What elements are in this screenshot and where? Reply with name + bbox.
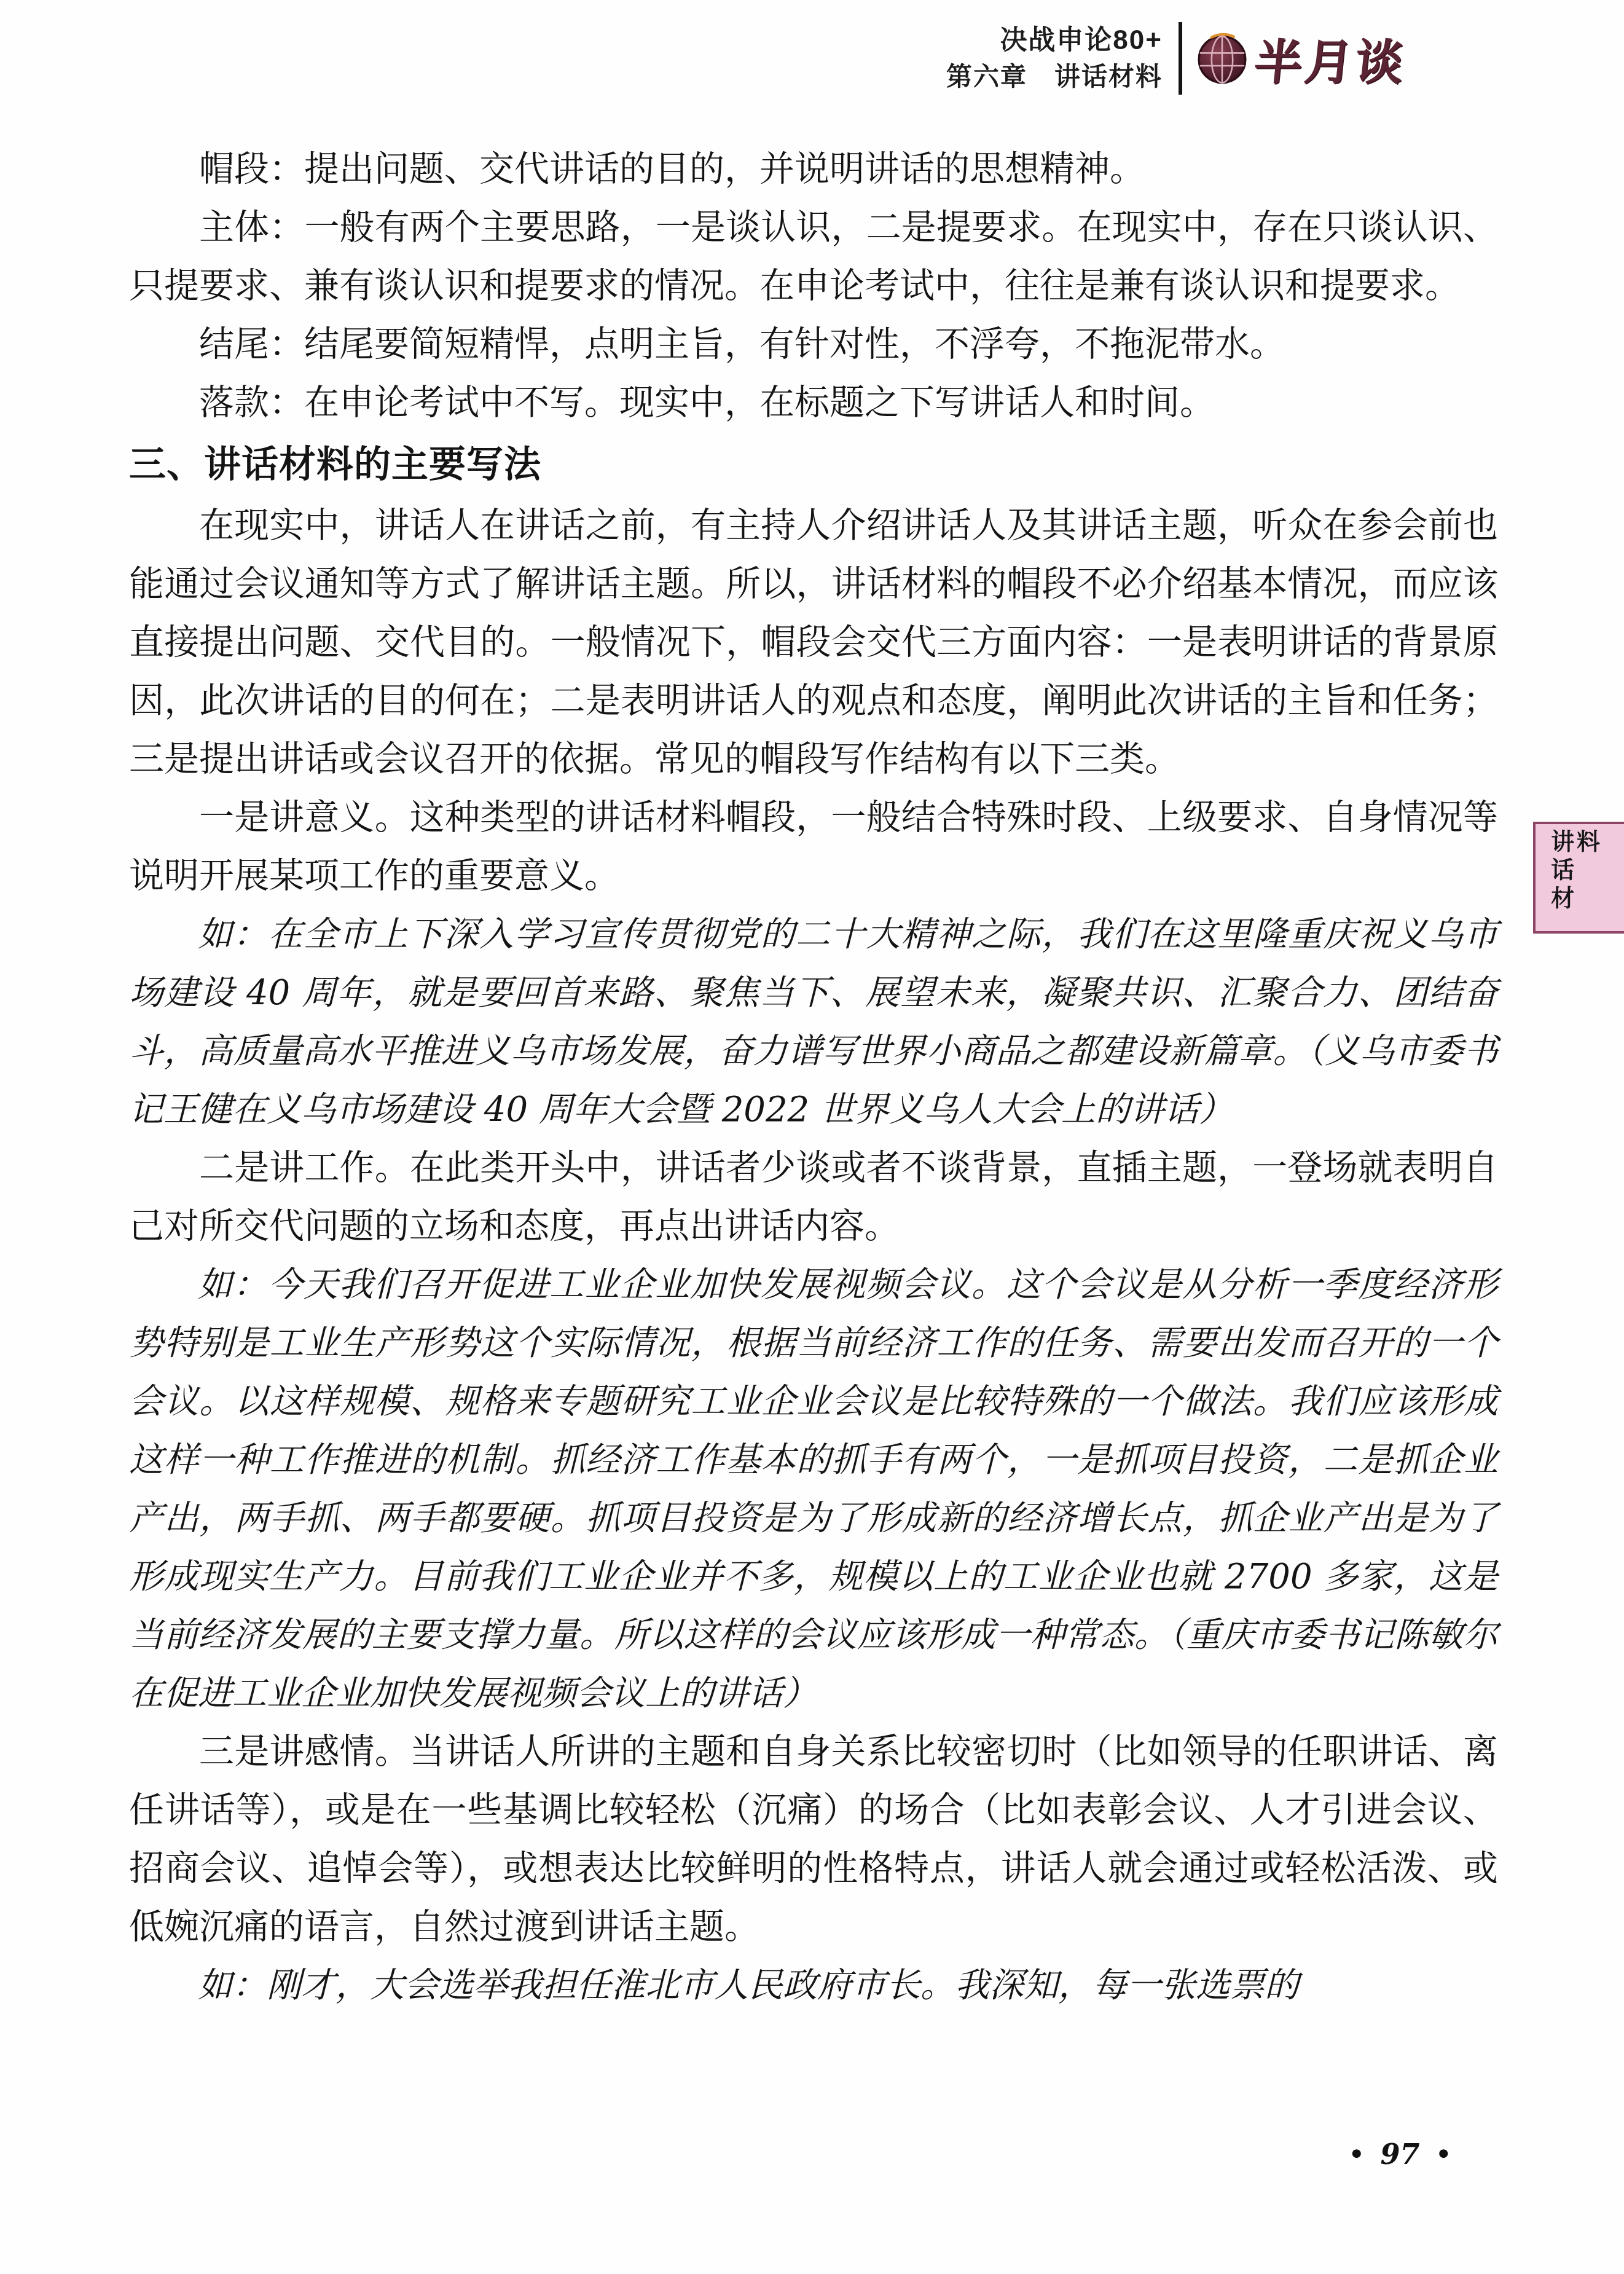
paragraph-maoduan: 帽段：提出问题、交代讲话的目的，并说明讲话的思想精神。 <box>129 140 1498 199</box>
book-title: 决战申论80+ <box>946 23 1163 57</box>
quote-yiwu-speech: 如：在全市上下深入学习宣传贯彻党的二十大精神之际，我们在这里隆重庆祝义乌市场建设… <box>129 905 1498 1139</box>
chapter-title: 第六章 讲话材料 <box>946 61 1163 93</box>
section-heading: 三、讲话材料的主要写法 <box>129 432 1498 497</box>
page-number: • 97 • <box>1349 2138 1451 2171</box>
paragraph-type2: 二是讲工作。在此类开头中，讲话者少谈或者不谈背景，直插主题，一登场就表明自己对所… <box>129 1139 1498 1256</box>
paragraph-intro: 在现实中，讲话人在讲话之前，有主持人介绍讲话人及其讲话主题，听众在参会前也能通过… <box>129 497 1498 789</box>
chapter-side-tab: 讲话材料 <box>1533 822 1624 934</box>
page-number-dot-right: • <box>1436 2140 1452 2169</box>
page-number-value: 97 <box>1381 2138 1420 2171</box>
page-body-text: 帽段：提出问题、交代讲话的目的，并说明讲话的思想精神。 主体：一般有两个主要思路… <box>129 140 1498 2015</box>
header-titles: 决战申论80+ 第六章 讲话材料 <box>946 23 1163 93</box>
logo-wordmark: 半月谈 <box>1251 24 1410 93</box>
quote-huaibei-speech: 如：刚才，大会选举我担任淮北市人民政府市长。我深知，每一张选票的 <box>129 1956 1498 2015</box>
paragraph-luokuan: 落款：在申论考试中不写。现实中，在标题之下写讲话人和时间。 <box>129 374 1498 432</box>
quote-chongqing-speech: 如：今天我们召开促进工业企业加快发展视频会议。这个会议是从分析一季度经济形势特别… <box>129 1256 1498 1723</box>
side-tab-label: 讲话材料 <box>1547 829 1598 931</box>
page-number-dot-left: • <box>1349 2140 1365 2169</box>
banyuetan-logo: 半月谈 <box>1196 24 1406 93</box>
page-header: 决战申论80+ 第六章 讲话材料 半月谈 <box>946 22 1406 95</box>
book-page: 决战申论80+ 第六章 讲话材料 半月谈 <box>0 0 1624 2274</box>
paragraph-zhuti: 主体：一般有两个主要思路，一是谈认识，二是提要求。在现实中，存在只谈认识、只提要… <box>129 199 1498 315</box>
header-divider <box>1179 22 1182 95</box>
globe-icon <box>1196 32 1249 85</box>
paragraph-jiewei: 结尾：结尾要简短精悍，点明主旨，有针对性，不浮夸，不拖泥带水。 <box>129 315 1498 374</box>
paragraph-type1: 一是讲意义。这种类型的讲话材料帽段，一般结合特殊时段、上级要求、自身情况等说明开… <box>129 789 1498 905</box>
paragraph-type3: 三是讲感情。当讲话人所讲的主题和自身关系比较密切时（比如领导的任职讲话、离任讲话… <box>129 1723 1498 1956</box>
